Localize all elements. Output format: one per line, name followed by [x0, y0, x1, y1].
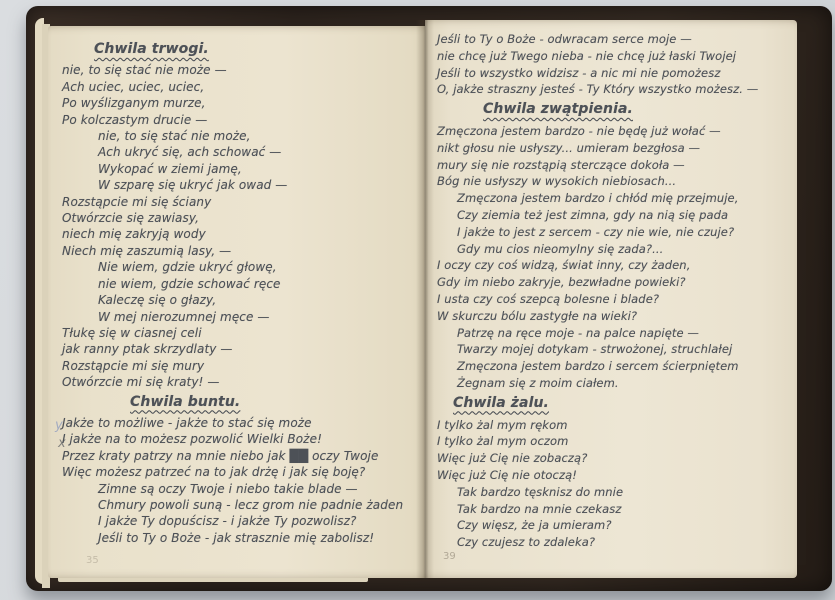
poem-line: Twarzy mojej dotykam - strwożonej, struc…	[457, 341, 793, 358]
poem-line: Czy więsz, że ja umieram?	[457, 517, 793, 534]
poem-line: W szparę się ukryć jak owad —	[98, 177, 419, 193]
right-page-text: Jeśli to Ty o Boże - odwracam serce moje…	[425, 20, 797, 551]
poem-title: Chwila żalu.	[453, 395, 793, 412]
left-page-text: Chwila trwogi.nie, to się stać nie może …	[48, 26, 425, 546]
poem-line: Zmęczona jestem bardzo - nie będę już wo…	[437, 123, 793, 140]
poem-line: Nie wiem, gdzie ukryć głowę,	[98, 259, 419, 275]
poem-line: Jakże to możliwe - jakże to stać się moż…	[62, 415, 419, 431]
poem-line: Otwórzcie się zawiasy,	[62, 210, 419, 226]
poem-line: I jakże na to możesz pozwolić Wielki Boż…	[62, 431, 419, 447]
poem-line: Zmęczona jestem bardzo i chłód mię przej…	[457, 190, 793, 207]
poem-line: Tak bardzo na mnie czekasz	[457, 501, 793, 518]
poem-title-text: Chwila żalu.	[453, 395, 549, 411]
margin-mark: x	[58, 436, 66, 451]
poem-line: Gdy im niebo zakryje, bezwładne powieki?	[437, 274, 793, 291]
poem-line: Zmęczona jestem bardzo i sercem ścierpni…	[457, 358, 793, 375]
poem-line: Zimne są oczy Twoje i niebo takie blade …	[98, 481, 419, 497]
left-page: Chwila trwogi.nie, to się stać nie może …	[48, 26, 425, 578]
poem-line: Tłukę się w ciasnej celi	[62, 325, 419, 341]
poem-line: Rozstąpcie mi się ściany	[62, 194, 419, 210]
margin-mark: y	[55, 418, 63, 433]
photo-background: Chwila trwogi.nie, to się stać nie może …	[0, 0, 835, 600]
poem-line: Czy ziemia też jest zimna, gdy na nią si…	[457, 207, 793, 224]
poem-line: Gdy mu cios nieomylny się zada?...	[457, 241, 793, 258]
poem-title: Chwila zwątpienia.	[483, 101, 793, 118]
poem-line: Jeśli to wszystko widzisz - a nic mi nie…	[437, 65, 793, 82]
poem-line: Patrzę na ręce moje - na palce napięte —	[457, 325, 793, 342]
poem-line: Rozstąpcie mi się mury	[62, 358, 419, 374]
poem-line: Po kolczastym drucie —	[62, 112, 419, 128]
poem-title: Chwila buntu.	[130, 394, 419, 410]
poem-line: niech mię zakryją wody	[62, 226, 419, 242]
poem-line: Ach uciec, uciec, uciec,	[62, 79, 419, 95]
poem-line: Jeśli to Ty o Boże - jak strasznie mię z…	[98, 530, 419, 546]
page-number: 39	[443, 551, 456, 562]
poem-line: W skurczu bólu zastygłe na wieki?	[437, 308, 793, 325]
right-page: Jeśli to Ty o Boże - odwracam serce moje…	[425, 20, 797, 578]
poem-line: Po wyślizganym murze,	[62, 95, 419, 111]
poem-line: W mej nierozumnej męce —	[98, 309, 419, 325]
poem-line: Ach ukryć się, ach schować —	[98, 144, 419, 160]
poem-line: nie, to się stać nie może —	[62, 62, 419, 78]
poem-line: I tylko żal mym oczom	[437, 433, 793, 450]
poem-line: Jeśli to Ty o Boże - odwracam serce moje…	[437, 31, 793, 48]
poem-line: Więc już Cię nie otoczą!	[437, 467, 793, 484]
poem-line: Więc już Cię nie zobaczą?	[437, 450, 793, 467]
poem-line: nie chcę już Twego nieba - nie chcę już …	[437, 48, 793, 65]
poem-title-text: Chwila trwogi.	[94, 41, 209, 57]
poem-line: Przez kraty patrzy na mnie niebo jak ██ …	[62, 448, 419, 464]
poem-line: Wykopać w ziemi jamę,	[98, 161, 419, 177]
poem-line: Bóg nie usłyszy w wysokich niebiosach...	[437, 173, 793, 190]
poem-line: Kaleczę się o głazy,	[98, 292, 419, 308]
poem-line: nie wiem, gdzie schować ręce	[98, 276, 419, 292]
poem-line: Więc możesz patrzeć na to jak drżę i jak…	[62, 464, 419, 480]
poem-line: I tylko żal mym rękom	[437, 417, 793, 434]
poem-line: mury się nie rozstąpią sterczące dokoła …	[437, 157, 793, 174]
poem-line: O, jakże straszny jesteś - Ty Który wszy…	[437, 81, 793, 98]
poem-title-text: Chwila zwątpienia.	[483, 101, 633, 117]
poem-line: I usta czy coś szepcą bolesne i blade?	[437, 291, 793, 308]
poem-line: Czy czujesz to zdaleka?	[457, 534, 793, 551]
poem-title: Chwila trwogi.	[94, 41, 419, 57]
poem-line: I jakże Ty dopuścisz - i jakże Ty pozwol…	[98, 513, 419, 529]
poem-line: jak ranny ptak skrzydlaty —	[62, 341, 419, 357]
poem-line: Otwórzcie mi się kraty! —	[62, 374, 419, 390]
poem-line: Żegnam się z moim ciałem.	[457, 375, 793, 392]
poem-line: I jakże to jest z sercem - czy nie wie, …	[457, 224, 793, 241]
poem-title-text: Chwila buntu.	[130, 394, 240, 410]
poem-line: nikt głosu nie usłyszy... umieram bezgło…	[437, 140, 793, 157]
poem-line: I oczy czy coś widzą, świat inny, czy ża…	[437, 257, 793, 274]
poem-line: nie, to się stać nie może,	[98, 128, 419, 144]
poem-line: Chmury powoli suną - lecz grom nie padni…	[98, 497, 419, 513]
page-number: 35	[86, 555, 99, 566]
poem-line: Niech mię zaszumią lasy, —	[62, 243, 419, 259]
poem-line: Tak bardzo tęsknisz do mnie	[457, 484, 793, 501]
